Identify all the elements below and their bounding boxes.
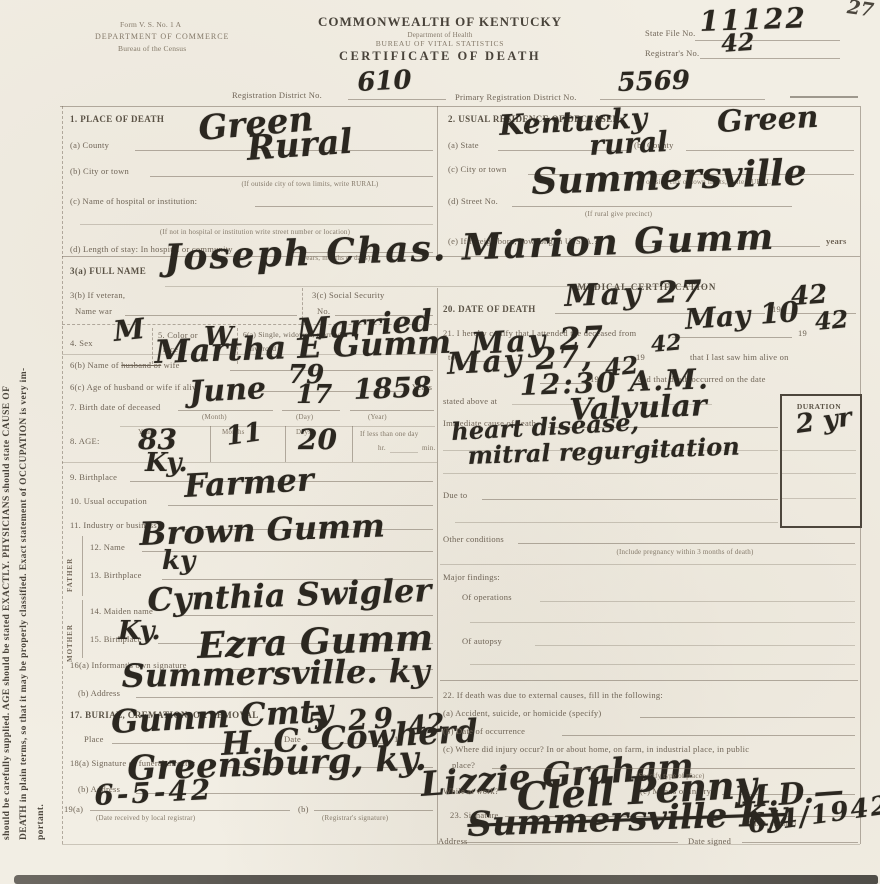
father-bracket <box>82 536 83 596</box>
spouse-age-label: 6(c) Age of husband or wife if alive <box>70 382 201 392</box>
attended-from-value: May 10 <box>684 298 800 334</box>
external-b-label: (b) Date of occurrence <box>443 726 525 736</box>
occupation-value: Farmer <box>183 463 314 502</box>
sec2-county-value: Green <box>716 103 819 138</box>
department-of-commerce: DEPARTMENT OF COMMERCE <box>95 32 229 41</box>
of-autopsy-label: Of autopsy <box>462 636 502 646</box>
sec1-city-hint: (If outside city of town limits, write R… <box>185 180 435 188</box>
margin-note-line1: should be carefully supplied. AGE should… <box>2 50 12 840</box>
registrar-sig-hint: (Registrar's signature) <box>322 814 388 822</box>
birthdate-month: June <box>188 374 266 408</box>
sec2-city-value: rural <box>589 128 669 160</box>
mother-name-label: 14. Maiden name <box>90 606 153 616</box>
cause-value-3: mitral regurgitation <box>467 435 740 468</box>
sec1-county-label: (a) County <box>70 140 109 150</box>
other-conditions-label: Other conditions <box>443 534 504 544</box>
sec1-title: 1. PLACE OF DEATH <box>70 114 164 124</box>
sec2-foreign-suffix: years <box>826 236 847 246</box>
fullname-label: 3(a) FULL NAME <box>70 266 146 276</box>
y1-pre: 19 <box>798 328 807 338</box>
name-war-label: Name war <box>75 306 112 316</box>
registration-district-value: 610 <box>357 67 413 96</box>
certify-line2: that I last saw him alive on <box>690 352 789 362</box>
sec1-city-value: Rural <box>246 125 354 166</box>
registrar-sig-sub: (b) <box>298 804 309 814</box>
column-divider-main <box>437 288 438 844</box>
death-certificate-scan: should be carefully supplied. AGE should… <box>0 0 880 884</box>
father-side-label: FATHER <box>66 558 74 592</box>
state-file-label: State File No. <box>645 28 695 38</box>
department-of-health: Department of Health <box>300 31 580 39</box>
mother-bracket <box>82 600 83 658</box>
y1-value: 42 <box>814 307 849 334</box>
physician-address-value: Summersville Ky <box>467 797 788 842</box>
frame-left-line <box>62 106 63 844</box>
y2-value: 42 <box>650 331 682 356</box>
sec1-city-label: (b) City or town <box>70 166 129 176</box>
birthdate-day-hint: (Day) <box>296 413 313 421</box>
age-hr-label: hr. <box>378 444 386 452</box>
certificate-title: CERTIFICATE OF DEATH <box>300 49 580 64</box>
birthplace-label: 9. Birthplace <box>70 472 117 482</box>
sex-value: M <box>112 315 146 346</box>
external-c-label-2: place? <box>452 760 475 770</box>
age-label: 8. AGE: <box>70 436 100 446</box>
birthdate-year-hint: (Year) <box>368 413 387 421</box>
informant-address-label: (b) Address <box>78 688 120 698</box>
spouse-label-pre: 6(b) Name of <box>70 360 119 370</box>
date-received-hint: (Date received by local registrar) <box>96 814 195 822</box>
birthdate-year: 1858 <box>353 373 432 404</box>
father-birthplace-label: 13. Birthplace <box>90 570 142 580</box>
primary-district-value: 5569 <box>617 67 690 96</box>
external-causes-title: 22. If death was due to external causes,… <box>443 690 663 700</box>
age-min-label: min. <box>422 444 435 452</box>
of-operations-label: Of operations <box>462 592 512 602</box>
external-a-label: (a) Accident, suicide, or homicide (spec… <box>443 708 602 718</box>
margin-note-line2: DEATH in plain terms, so that it may be … <box>19 50 29 840</box>
sec2-street-label: (d) Street No. <box>448 196 498 206</box>
informant-address-value: Summersville. ky <box>121 655 429 692</box>
form-number: Form V. S. No. 1 A <box>120 20 181 29</box>
burial-place-label: Place <box>84 734 104 744</box>
sec1-hospital-label: (c) Name of hospital or institution: <box>70 196 197 206</box>
social-security-label: 3(c) Social Security <box>312 290 385 300</box>
age-months-value: 11 <box>224 419 263 450</box>
registrar-no-value: 42 <box>720 30 755 56</box>
father-birthplace-value: ky <box>162 548 195 574</box>
date-signed-label: Date signed <box>688 836 731 846</box>
sec2-state-label: (a) State <box>448 140 479 150</box>
margin-note-line3: portant. <box>36 50 46 840</box>
corner-pencil-mark: 27 <box>846 0 875 21</box>
sec2-street-value: Summersville <box>531 154 807 200</box>
age-days-value: 20 <box>298 426 337 454</box>
bureau-vital-statistics: BUREAU OF VITAL STATISTICS <box>300 39 580 48</box>
scan-artifact-band <box>14 875 878 884</box>
sex-label: 4. Sex <box>70 338 93 348</box>
father-name-label: 12. Name <box>90 542 125 552</box>
sec2-city-label: (c) City or town <box>448 164 507 174</box>
occupation-label: 10. Usual occupation <box>70 496 147 506</box>
birthplace-value: Ky. <box>145 450 188 476</box>
external-d-label: While at work? <box>443 786 499 796</box>
birthdate-month-hint: (Month) <box>202 413 227 421</box>
mother-side-label: MOTHER <box>66 624 74 662</box>
duration-value: 2 yr <box>794 404 853 438</box>
major-findings-label: Major findings: <box>443 572 500 582</box>
birthdate-label: 7. Birth date of deceased <box>70 402 161 412</box>
primary-district-label: Primary Registration District No. <box>455 92 577 102</box>
mother-name-value: Cynthia Swigler <box>147 574 432 616</box>
registrar-row-label: 19(a) <box>64 804 83 814</box>
certify-line4: stated above at <box>443 396 497 406</box>
father-name-value: Brown Gumm <box>139 509 385 550</box>
birthdate-day: 17 <box>296 382 332 408</box>
dod-label: 20. DATE OF DEATH <box>443 304 536 314</box>
physician-address-label: Address <box>438 836 468 846</box>
external-c-label-1: (c) Where did injury occur? In or about … <box>443 744 749 754</box>
other-conditions-hint: (Include pregnancy within 3 months of de… <box>520 548 850 556</box>
mother-birthplace-value: Ky. <box>118 618 161 644</box>
age-less-label: If less than one day <box>360 430 418 438</box>
registrar-no-label: Registrar's No. <box>645 48 699 58</box>
date-received-value: 6-5-42 <box>94 776 214 810</box>
due-to-label: Due to <box>443 490 467 500</box>
veteran-label: 3(b) If veteran, <box>70 290 125 300</box>
sec2-street-hint: (If rural give precinct) <box>585 210 652 218</box>
bureau-of-census: Bureau of the Census <box>118 44 186 53</box>
commonwealth-title: COMMONWEALTH OF KENTUCKY <box>300 14 580 30</box>
